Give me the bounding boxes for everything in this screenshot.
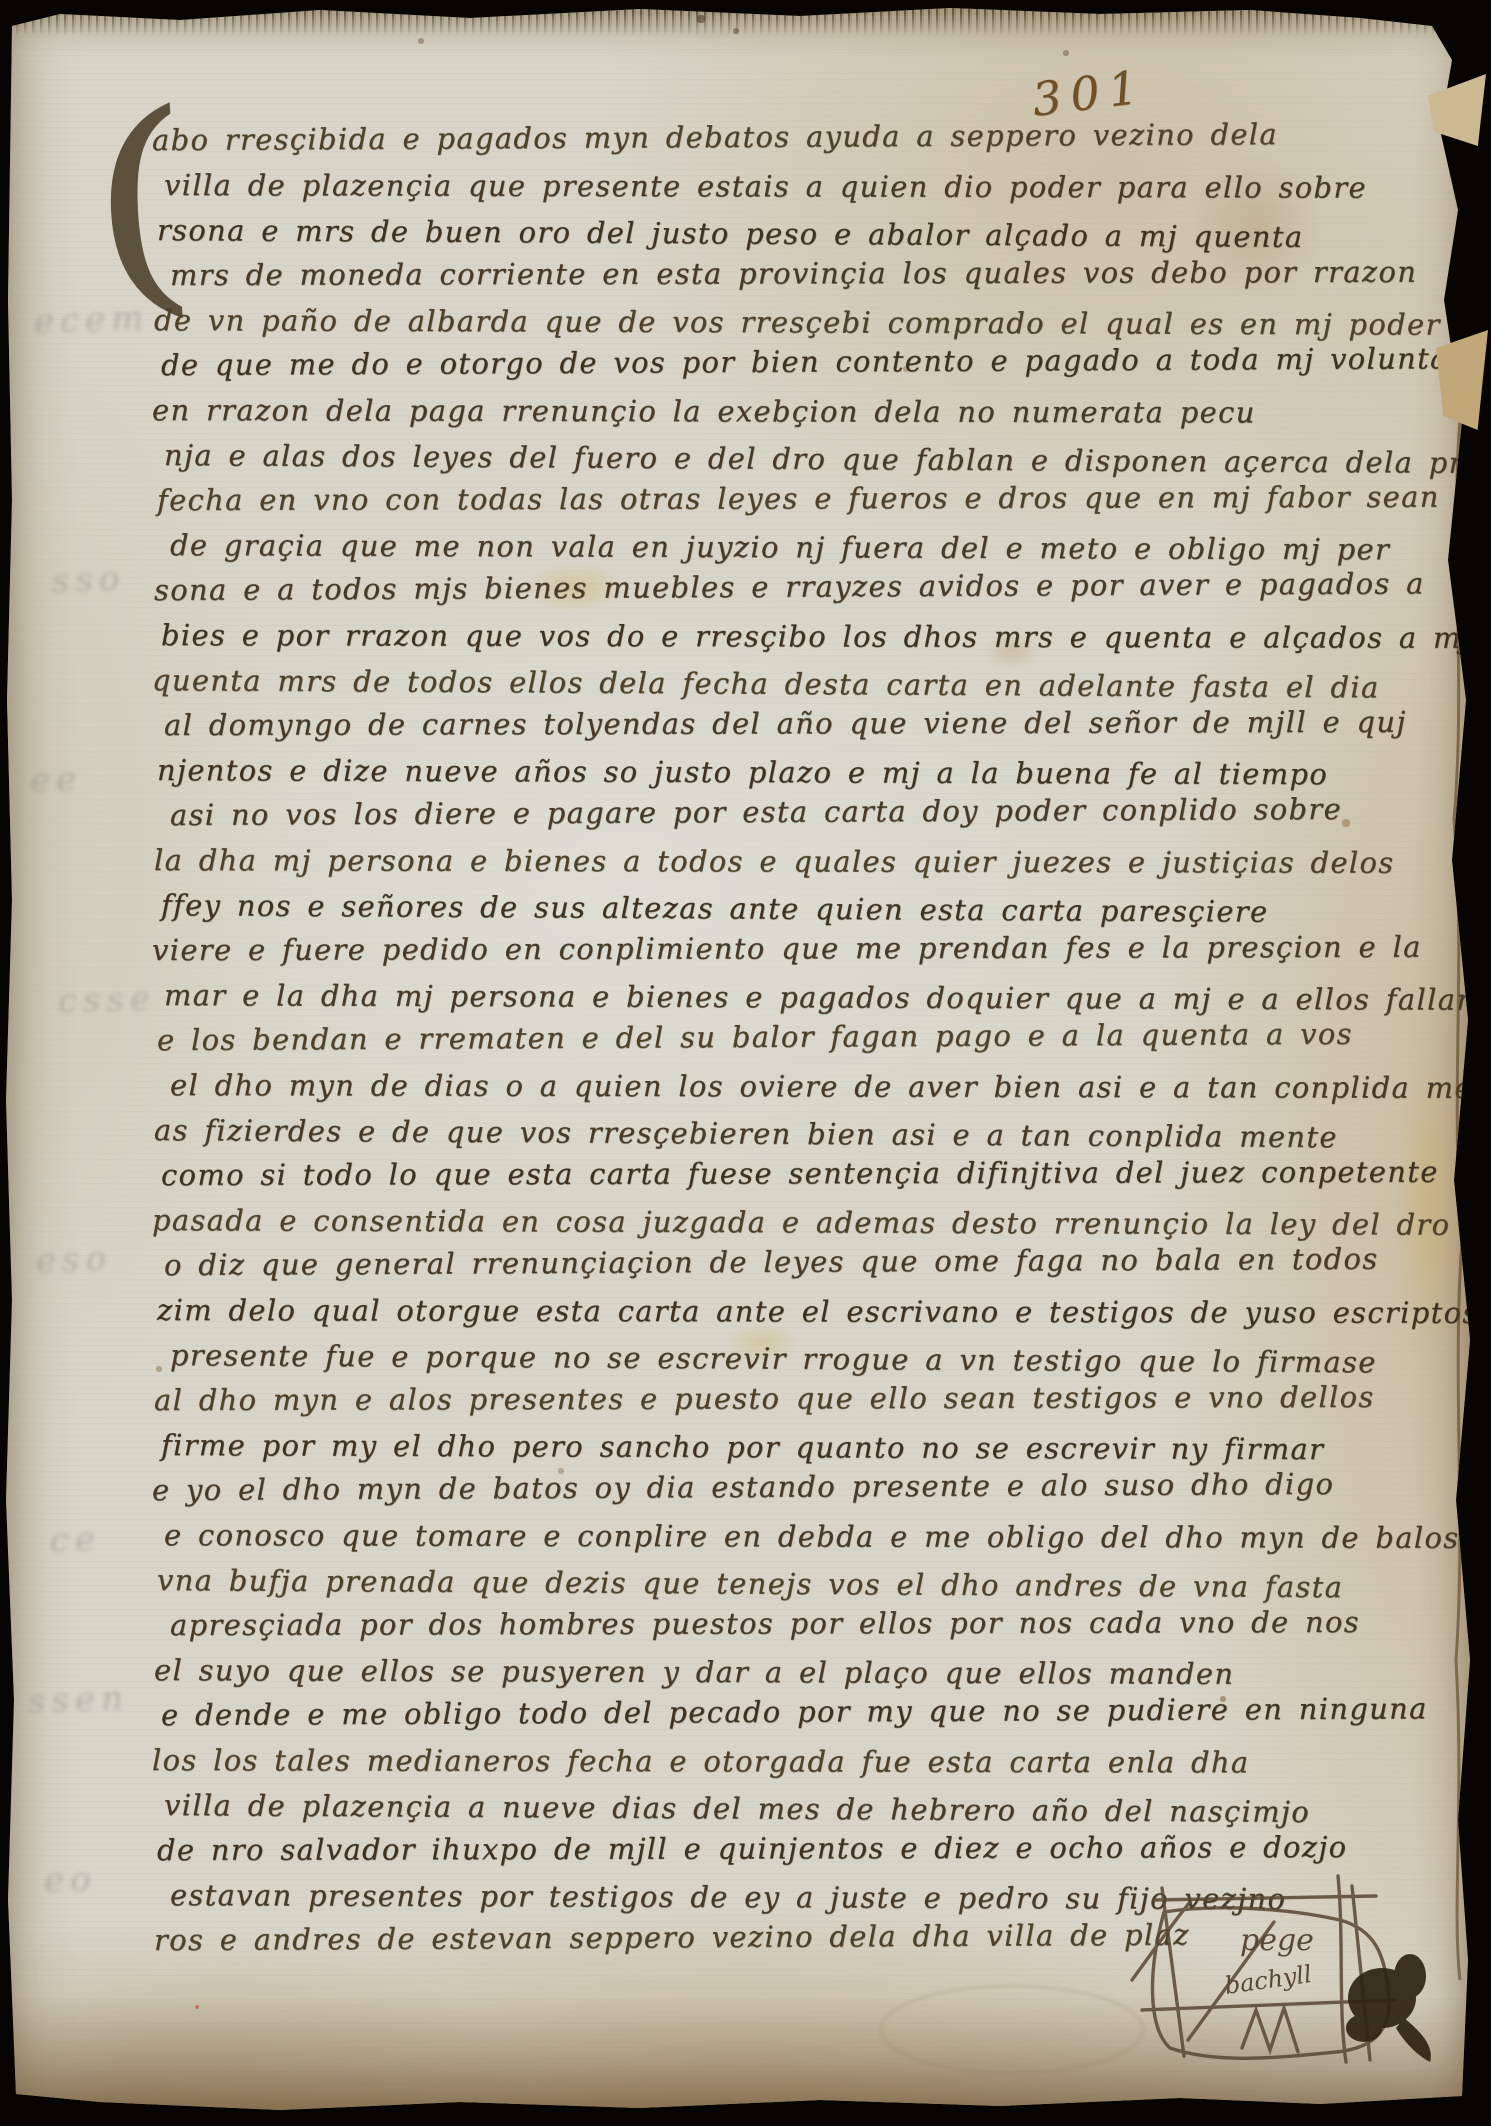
- bleedthrough-text: ssen: [27, 1678, 129, 1721]
- signature-rubric: pege bachyll: [1124, 1858, 1464, 2073]
- text-line: al dho myn e alos presentes e puesto que…: [154, 1375, 1432, 1423]
- text-line: bies e por rrazon que vos do e rresçibo …: [161, 613, 1432, 661]
- signature-text: pege: [1240, 1923, 1314, 1958]
- text-line: viere e fuere pedido en conplimiento que…: [152, 925, 1432, 973]
- text-line: mrs de moneda corriente en esta provinçi…: [170, 250, 1432, 298]
- text-line: fecha en vno con todas las otras leyes e…: [157, 475, 1432, 523]
- text-line: el dho myn de dias o a quien los oviere …: [170, 1063, 1432, 1111]
- edge-crack: [1438, 420, 1478, 2000]
- bleedthrough-mark: [880, 1985, 1144, 2074]
- bleedthrough-text: csse: [57, 978, 156, 1021]
- text-line: apresçiada por dos hombres puestos por e…: [170, 1600, 1432, 1648]
- text-line: al domyngo de carnes tolyendas del año q…: [164, 700, 1432, 748]
- manuscript-page: ecemssoeecsseesocesseneo 301 ( abo rresç…: [0, 0, 1491, 2126]
- signature-subtext: bachyll: [1223, 1960, 1314, 2000]
- text-line: la dha mj persona e bienes a todos e qua…: [154, 838, 1432, 886]
- text-line: en rrazon dela paga rrenunçio la exebçio…: [152, 388, 1432, 436]
- text-line: e yo el dho myn de batos oy dia estando …: [152, 1461, 1432, 1513]
- bleedthrough-text: ce: [49, 1519, 102, 1561]
- ink-specks: [0, 0, 2, 2]
- torn-top-edge: [8, 6, 1448, 36]
- text-line: villa de plazençia que presente estais a…: [164, 163, 1432, 211]
- text-line: como si todo lo que esta carta fuese sen…: [161, 1150, 1432, 1198]
- text-line: e conosco que tomare e conplire en debda…: [164, 1513, 1432, 1561]
- text-line: asi no vos los diere e pagare por esta c…: [170, 786, 1432, 838]
- manuscript-text: abo rresçibida e pagados myn debatos ayu…: [152, 118, 1438, 1963]
- text-line: los los tales medianeros fecha e otorgad…: [152, 1738, 1432, 1786]
- text-line: de que me do e otorgo de vos por bien co…: [161, 336, 1432, 388]
- bleedthrough-text: ee: [29, 759, 83, 801]
- text-line: e los bendan e rrematen e del su balor f…: [157, 1011, 1432, 1063]
- bleedthrough-text: eso: [35, 1239, 112, 1282]
- text-line: o diz que general rrenunçiaçion de leyes…: [164, 1236, 1432, 1288]
- text-line: abo rresçibida e pagados myn debatos ayu…: [152, 111, 1432, 163]
- bleedthrough-text: sso: [51, 559, 126, 602]
- photo-background: ecemssoeecsseesocesseneo 301 ( abo rresç…: [0, 0, 1491, 2126]
- text-line: sona e a todos mjs bienes muebles e rray…: [154, 561, 1432, 613]
- text-line: e dende e me obligo todo del pecado por …: [161, 1686, 1432, 1738]
- bleedthrough-text: eo: [43, 1859, 97, 1901]
- text-line: zim delo qual otorgue esta carta ante el…: [157, 1288, 1432, 1336]
